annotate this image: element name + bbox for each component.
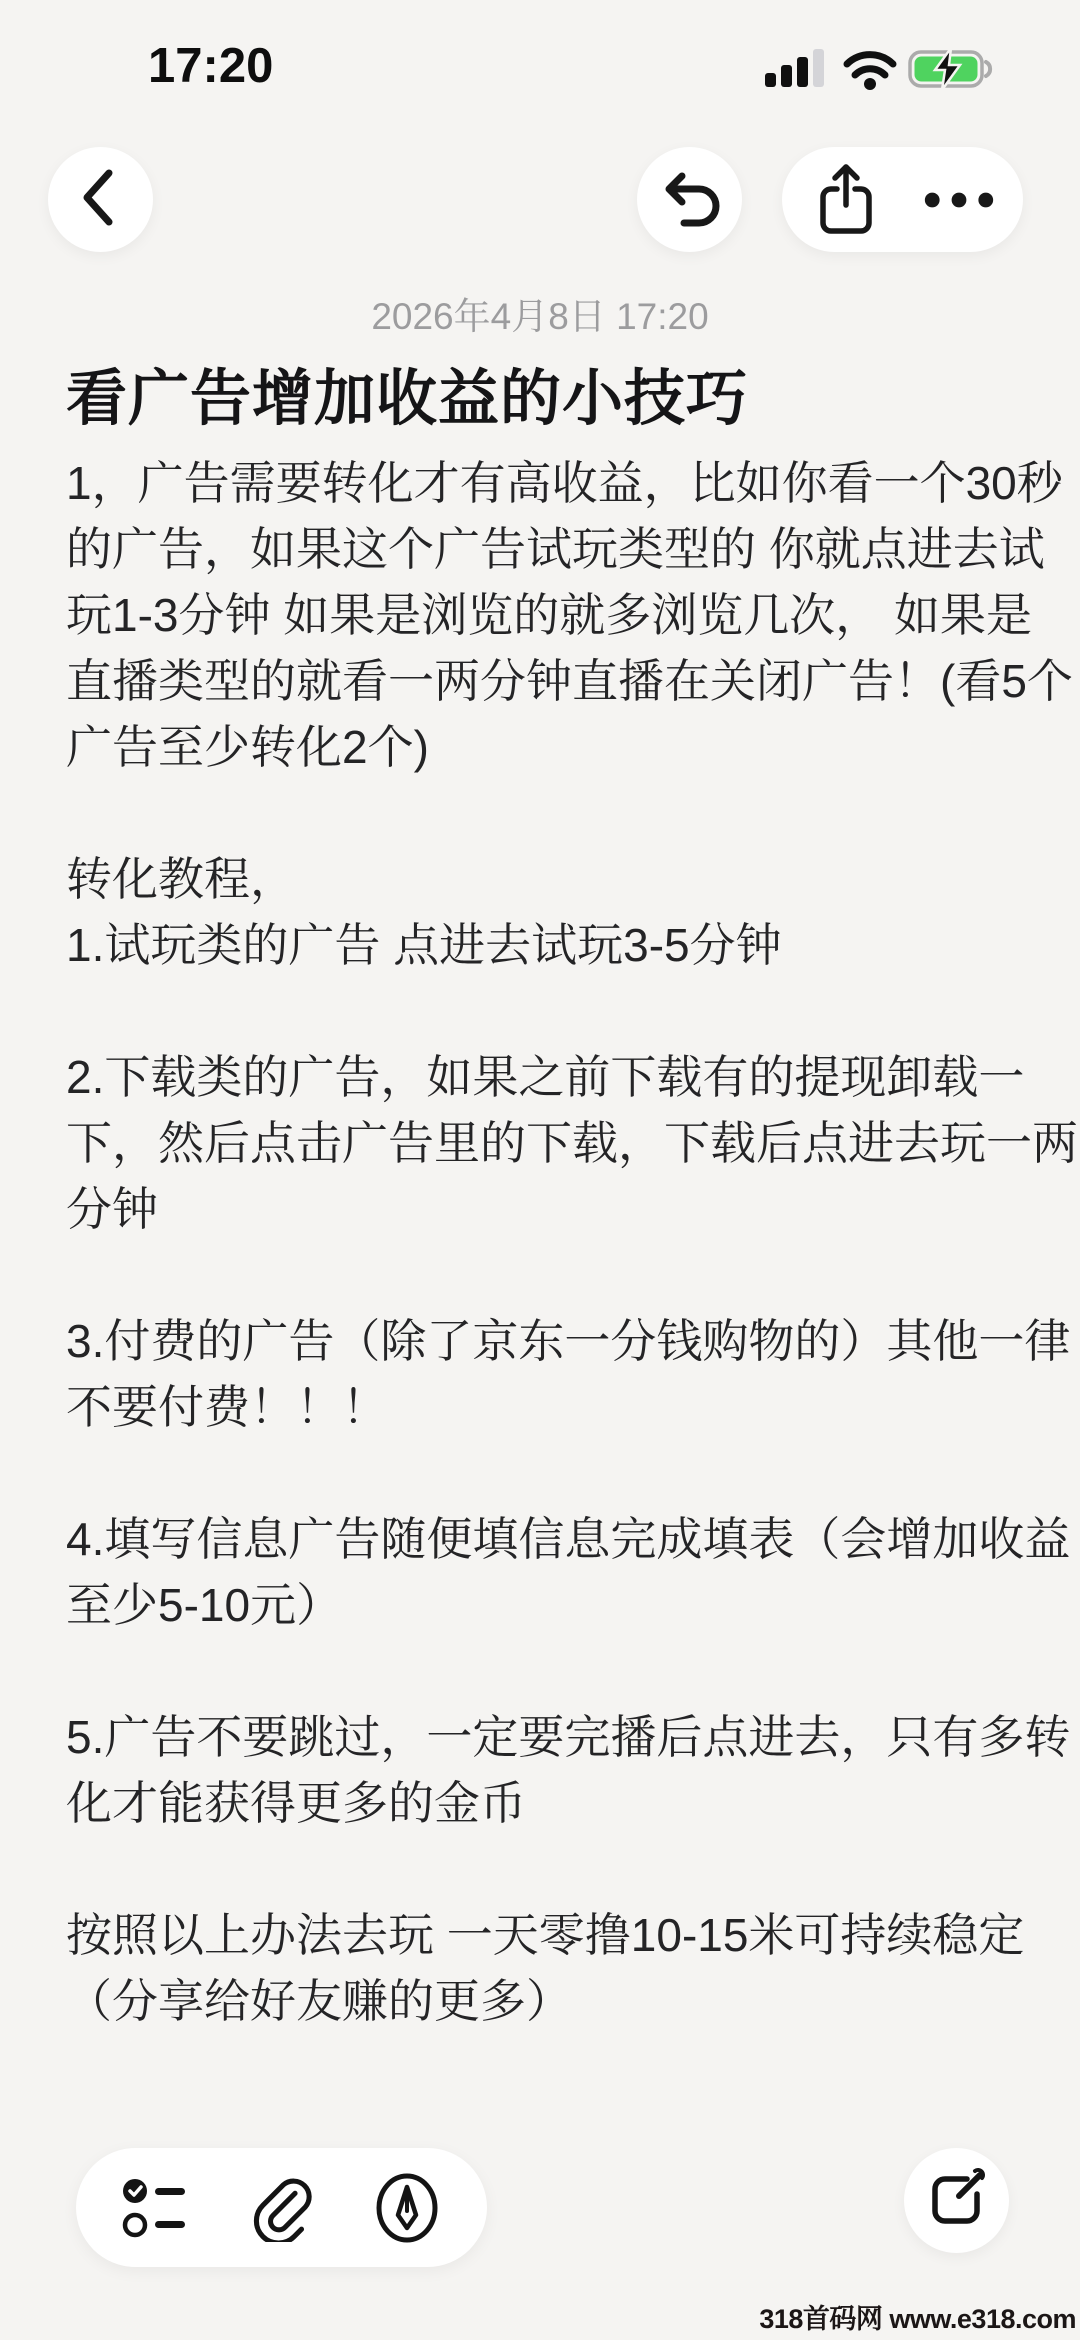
- status-time: 17:20: [148, 38, 273, 94]
- paperclip-button[interactable]: [246, 2172, 318, 2244]
- note-line: 不要付费！！！: [66, 1374, 1040, 1440]
- more-button[interactable]: [923, 164, 995, 236]
- note-line: 的广告，如果这个广告试玩类型的 你就点进去试: [66, 516, 1040, 582]
- wifi-icon: [843, 48, 897, 95]
- note-body[interactable]: 1，广告需要转化才有高收益，比如你看一个30秒 的广告，如果这个广告试玩类型的 …: [66, 450, 1040, 2034]
- paragraph: 4.填写信息广告随便填信息完成填表（会增加收益 至少5-10元）: [66, 1506, 1040, 1638]
- note-line: 2.下载类的广告，如果之前下载有的提现卸载一: [66, 1044, 1040, 1110]
- signal-icon: [765, 48, 825, 93]
- checklist-button[interactable]: [120, 2172, 192, 2244]
- note-line: 分钟: [66, 1176, 1040, 1242]
- share-button[interactable]: [810, 164, 882, 236]
- paragraph: 3.付费的广告（除了京东一分钱购物的）其他一律 不要付费！！！: [66, 1308, 1040, 1440]
- compose-button[interactable]: [904, 2148, 1009, 2253]
- note-line: 4.填写信息广告随便填信息完成填表（会增加收益: [66, 1506, 1040, 1572]
- watermark: 318首码网 www.e318.com: [759, 2297, 1076, 2336]
- note-line: 广告至少转化2个): [66, 714, 1040, 780]
- undo-icon: [637, 145, 742, 255]
- note-line: 按照以上办法去玩 一天零撸10-15米可持续稳定: [66, 1902, 1040, 1968]
- paragraph: 1，广告需要转化才有高收益，比如你看一个30秒 的广告，如果这个广告试玩类型的 …: [66, 450, 1040, 780]
- note-line: 玩1-3分钟 如果是浏览的就多浏览几次， 如果是: [66, 582, 1040, 648]
- back-button[interactable]: [48, 147, 153, 252]
- note-line: 5.广告不要跳过，一定要完播后点进去，只有多转: [66, 1704, 1040, 1770]
- note-line: 1.试玩类的广告 点进去试玩3-5分钟: [66, 912, 1040, 978]
- compose-icon: [921, 2162, 993, 2239]
- note-line: 转化教程，: [66, 846, 1040, 912]
- nav-actions-pill: [782, 147, 1023, 252]
- notes-app-screen: 17:20: [0, 0, 1080, 2340]
- note-line: 下，然后点击广告里的下载，下载后点进去玩一两: [66, 1110, 1040, 1176]
- chevron-left-icon: [48, 145, 153, 255]
- note-line: 至少5-10元）: [66, 1572, 1040, 1638]
- paragraph: 2.下载类的广告，如果之前下载有的提现卸载一 下，然后点击广告里的下载，下载后点…: [66, 1044, 1040, 1242]
- paragraph: 5.广告不要跳过，一定要完播后点进去，只有多转 化才能获得更多的金币: [66, 1704, 1040, 1836]
- undo-button[interactable]: [637, 147, 742, 252]
- note-title[interactable]: 看广告增加收益的小技巧: [66, 350, 1030, 437]
- battery-charging-icon: [908, 48, 994, 95]
- bottom-toolbar: [76, 2148, 487, 2267]
- note-line: 1，广告需要转化才有高收益，比如你看一个30秒: [66, 450, 1040, 516]
- paragraph: 按照以上办法去玩 一天零撸10-15米可持续稳定 （分享给好友赚的更多）: [66, 1902, 1040, 2034]
- note-line: （分享给好友赚的更多）: [66, 1968, 1040, 2034]
- note-date: 2026年4月8日 17:20: [0, 286, 1080, 340]
- note-line: 直播类型的就看一两分钟直播在关闭广告！(看5个: [66, 648, 1040, 714]
- note-line: 化才能获得更多的金币: [66, 1770, 1040, 1836]
- paragraph: 转化教程， 1.试玩类的广告 点进去试玩3-5分钟: [66, 846, 1040, 978]
- pen-button[interactable]: [371, 2172, 443, 2244]
- note-line: 3.付费的广告（除了京东一分钱购物的）其他一律: [66, 1308, 1040, 1374]
